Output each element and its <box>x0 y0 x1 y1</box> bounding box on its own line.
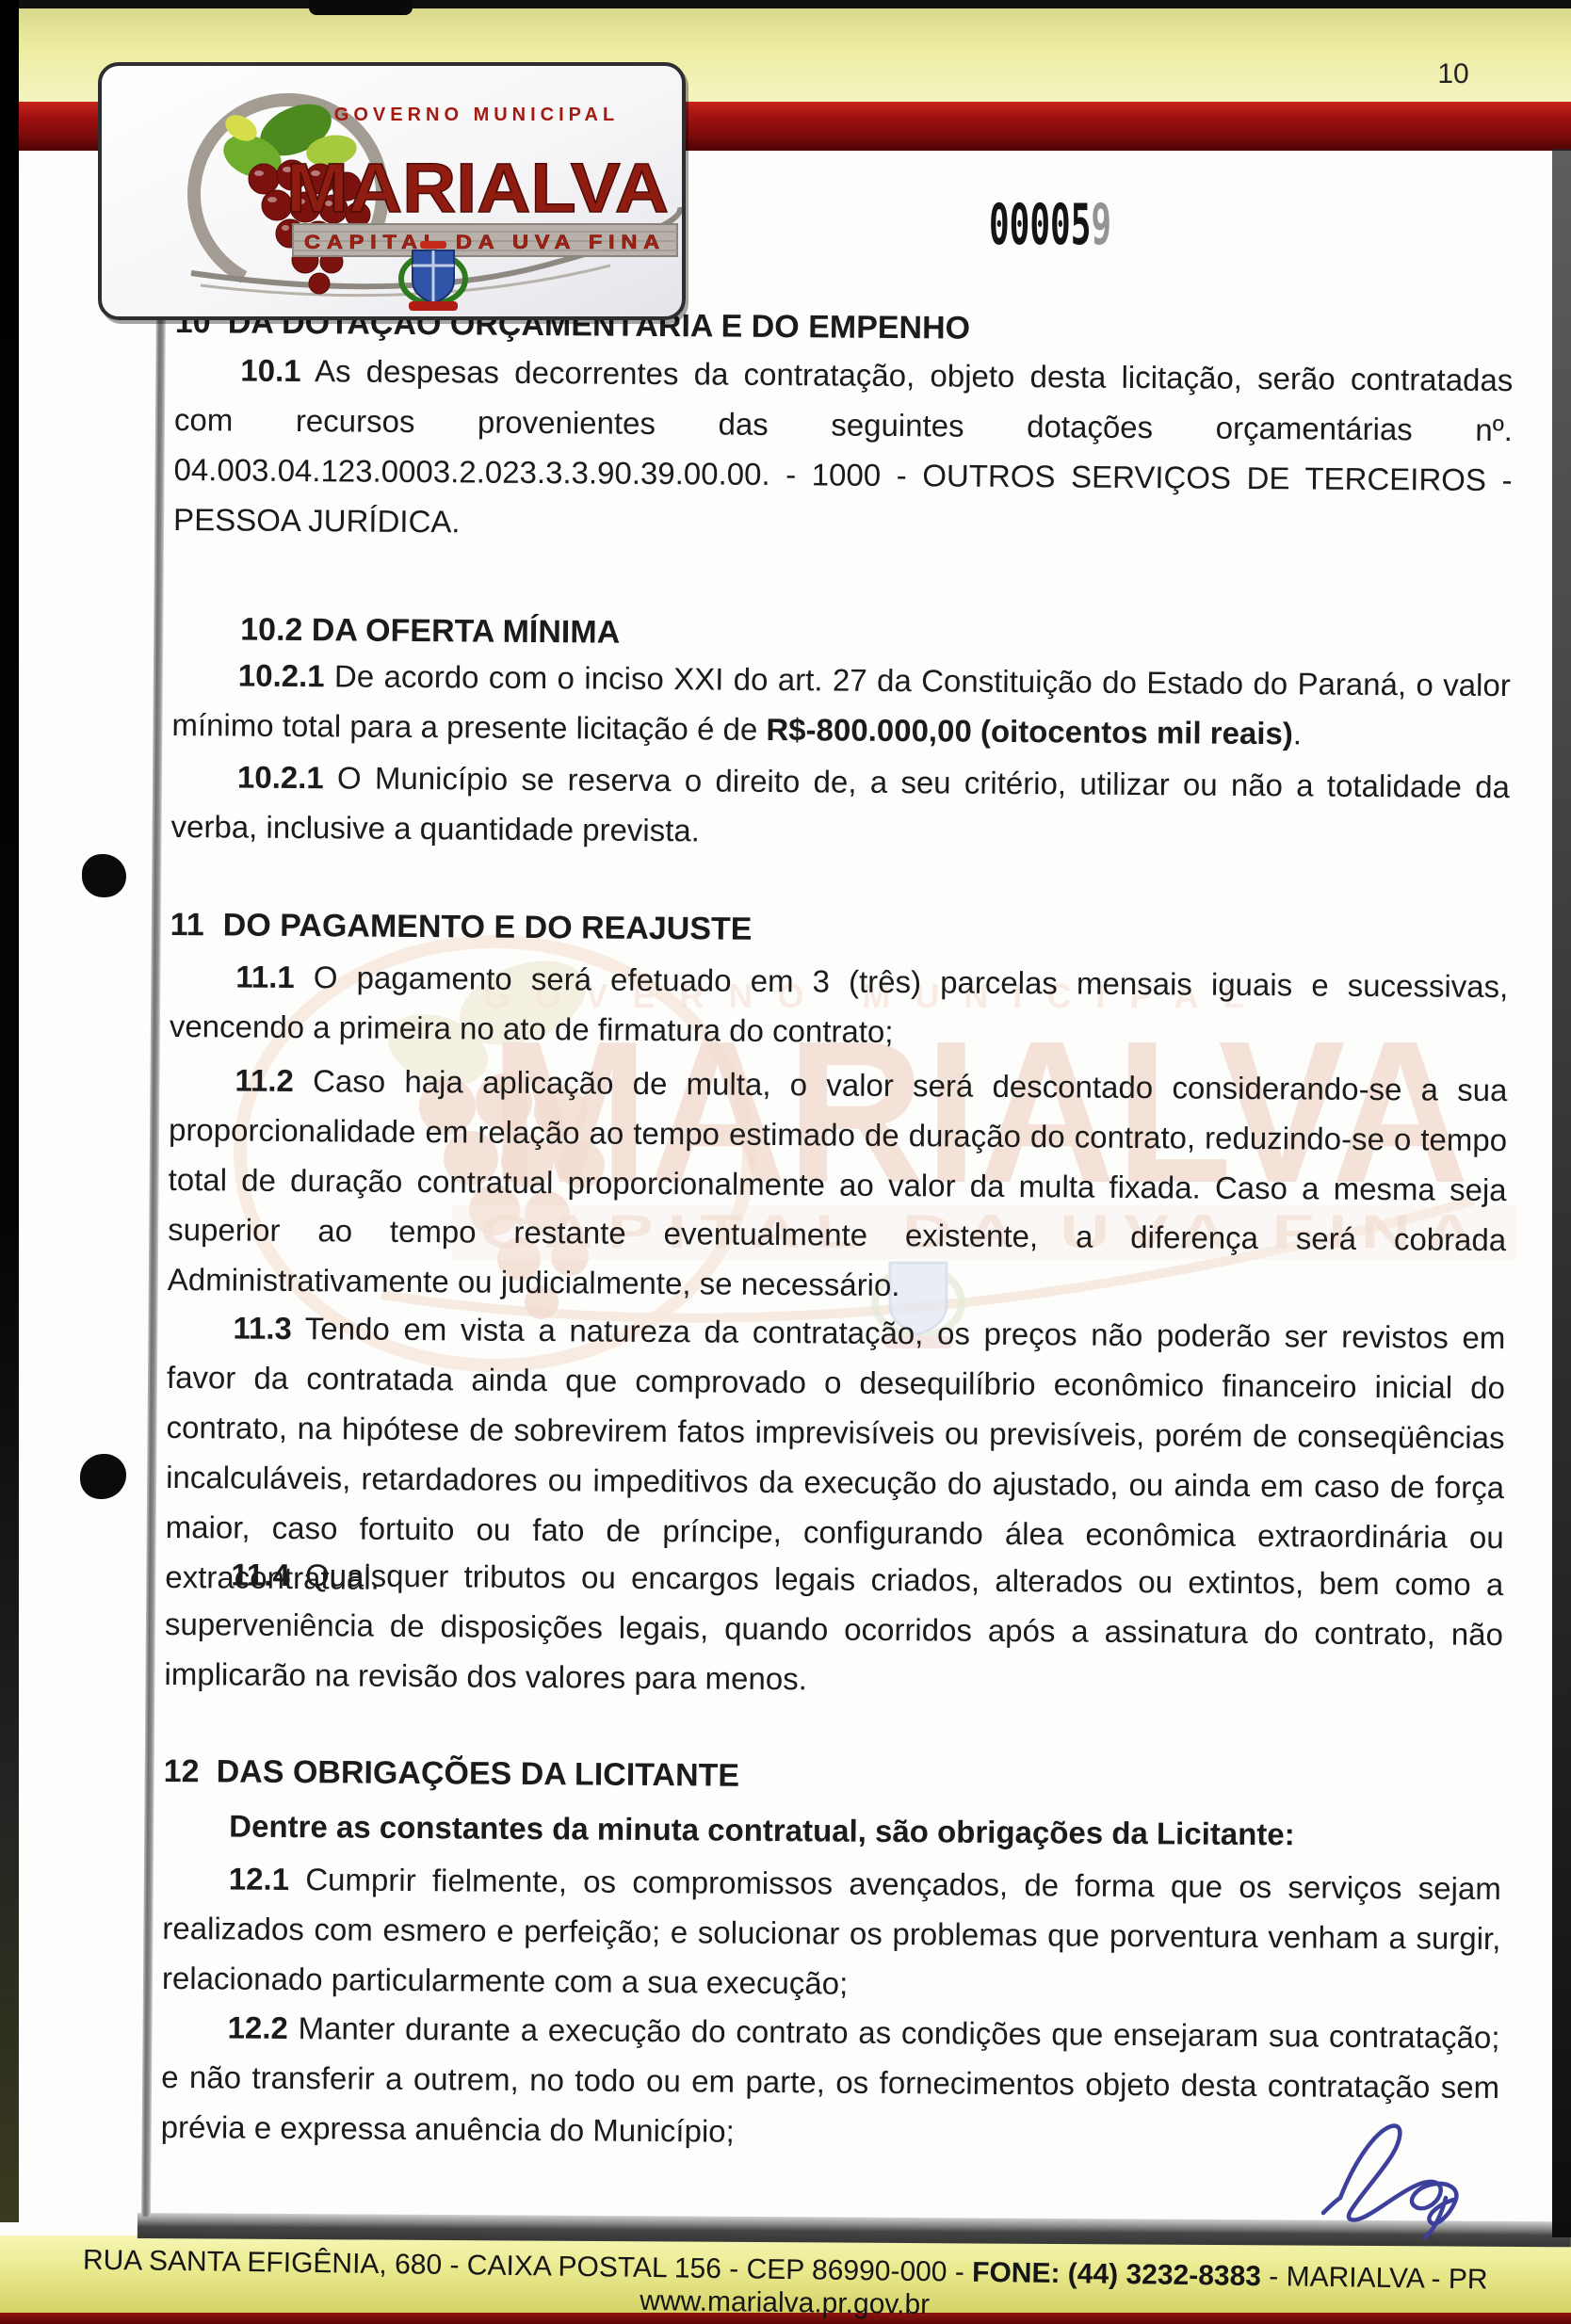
logo-city-name: MARIALVA <box>286 149 669 227</box>
paragraph: 12.1 Cumprir fielmente, os compromissos … <box>162 1853 1501 2013</box>
page-number: 10 <box>1411 58 1496 90</box>
text-run: . <box>1293 716 1302 750</box>
footer-address-suffix: - MARIALVA - PR <box>1261 2261 1488 2295</box>
text-run: As despesas decorrentes da contratação, … <box>173 353 1513 539</box>
scan-right-edge <box>1552 149 1571 2237</box>
paragraph: 10.2.1 De acordo com o inciso XXI do art… <box>171 650 1511 760</box>
scan-top-edge <box>0 0 1571 8</box>
paragraph: 10.1 As despesas decorrentes da contrata… <box>173 345 1514 555</box>
paragraph: 11.2 Caso haja aplicação de multa, o val… <box>168 1055 1508 1315</box>
text-run: O pagamento será efetuado em 3 (três) pa… <box>170 960 1509 1049</box>
section-number: 12 <box>163 1747 216 1797</box>
section-number: 11 <box>170 900 223 950</box>
handwritten-signature <box>1304 2107 1493 2244</box>
scan-top-artifact <box>309 0 413 15</box>
bold-text-run: 12.2 <box>227 2009 288 2045</box>
marialva-logo: GOVERNO MUNICIPAL MARIALVA CAPITAL DA UV… <box>98 62 686 320</box>
section-heading: 12DAS OBRIGAÇÕES DA LICITANTE <box>163 1747 1501 1807</box>
bold-text-run: 10.1 <box>240 353 301 389</box>
logo-slogan-text: CAPITAL DA UVA FINA <box>304 232 666 253</box>
bold-text-run: 10.2.1 <box>238 658 325 694</box>
logo-government-label: GOVERNO MUNICIPAL <box>334 105 619 125</box>
stamp-digits: 00005 <box>989 192 1091 258</box>
bold-text-run: 11.3 <box>233 1311 292 1346</box>
bold-text-run: 12.1 <box>229 1861 290 1896</box>
text-run: Caso haja aplicação de multa, o valor se… <box>168 1063 1508 1302</box>
paragraph: 11.1 O pagamento será efetuado em 3 (trê… <box>170 951 1509 1061</box>
stamp-last-digit: 9 <box>1091 192 1111 258</box>
bold-text-run: 11.1 <box>235 960 295 994</box>
bold-text-run: 10.2.1 <box>237 760 324 796</box>
scan-left-edge <box>0 0 19 2222</box>
scanned-document-page: GOVERNO MUNICIPAL MARIALVA CAPITAL DA UV… <box>0 0 1571 2324</box>
bold-text-run: Dentre as constantes da minuta contratua… <box>229 1809 1295 1852</box>
section-title: DO PAGAMENTO E DO REAJUSTE <box>223 907 753 946</box>
punch-hole-icon <box>82 854 126 897</box>
bold-text-run: 11.2 <box>235 1063 294 1098</box>
document-content: 10DA DOTAÇÃO ORÇAMENTÁRIA E DO EMPENHO10… <box>160 0 1516 2270</box>
section-title: DAS OBRIGAÇÕES DA LICITANTE <box>217 1753 740 1793</box>
stamp-number: 000059 <box>989 192 1111 258</box>
paragraph: 11.4 Quaisquer tributos ou encargos lega… <box>164 1549 1503 1709</box>
text-run: Manter durante a execução do contrato as… <box>161 2010 1500 2149</box>
text-run: Quaisquer tributos ou encargos legais cr… <box>164 1557 1503 1696</box>
paragraph: 12.2 Manter durante a execução do contra… <box>161 2002 1500 2162</box>
punch-hole-icon <box>80 1454 126 1499</box>
bold-text-run: 11.4 <box>231 1557 290 1592</box>
text-run: O Município se reserva o direito de, a s… <box>170 760 1510 847</box>
text-run: Cumprir fielmente, os compromissos avenç… <box>162 1862 1501 2001</box>
bold-text-run: R$-800.000,00 (oitocentos mil reais) <box>766 712 1293 750</box>
paragraph: Dentre as constantes da minuta contratua… <box>163 1800 1501 1861</box>
marialva-logo-art: GOVERNO MUNICIPAL MARIALVA CAPITAL DA UV… <box>102 66 682 316</box>
section-heading: 11DO PAGAMENTO E DO REAJUSTE <box>170 900 1509 960</box>
paragraph: 10.2.1 O Município se reserva o direito … <box>170 751 1510 862</box>
footer-phone: FONE: (44) 3232-8383 <box>972 2257 1261 2292</box>
